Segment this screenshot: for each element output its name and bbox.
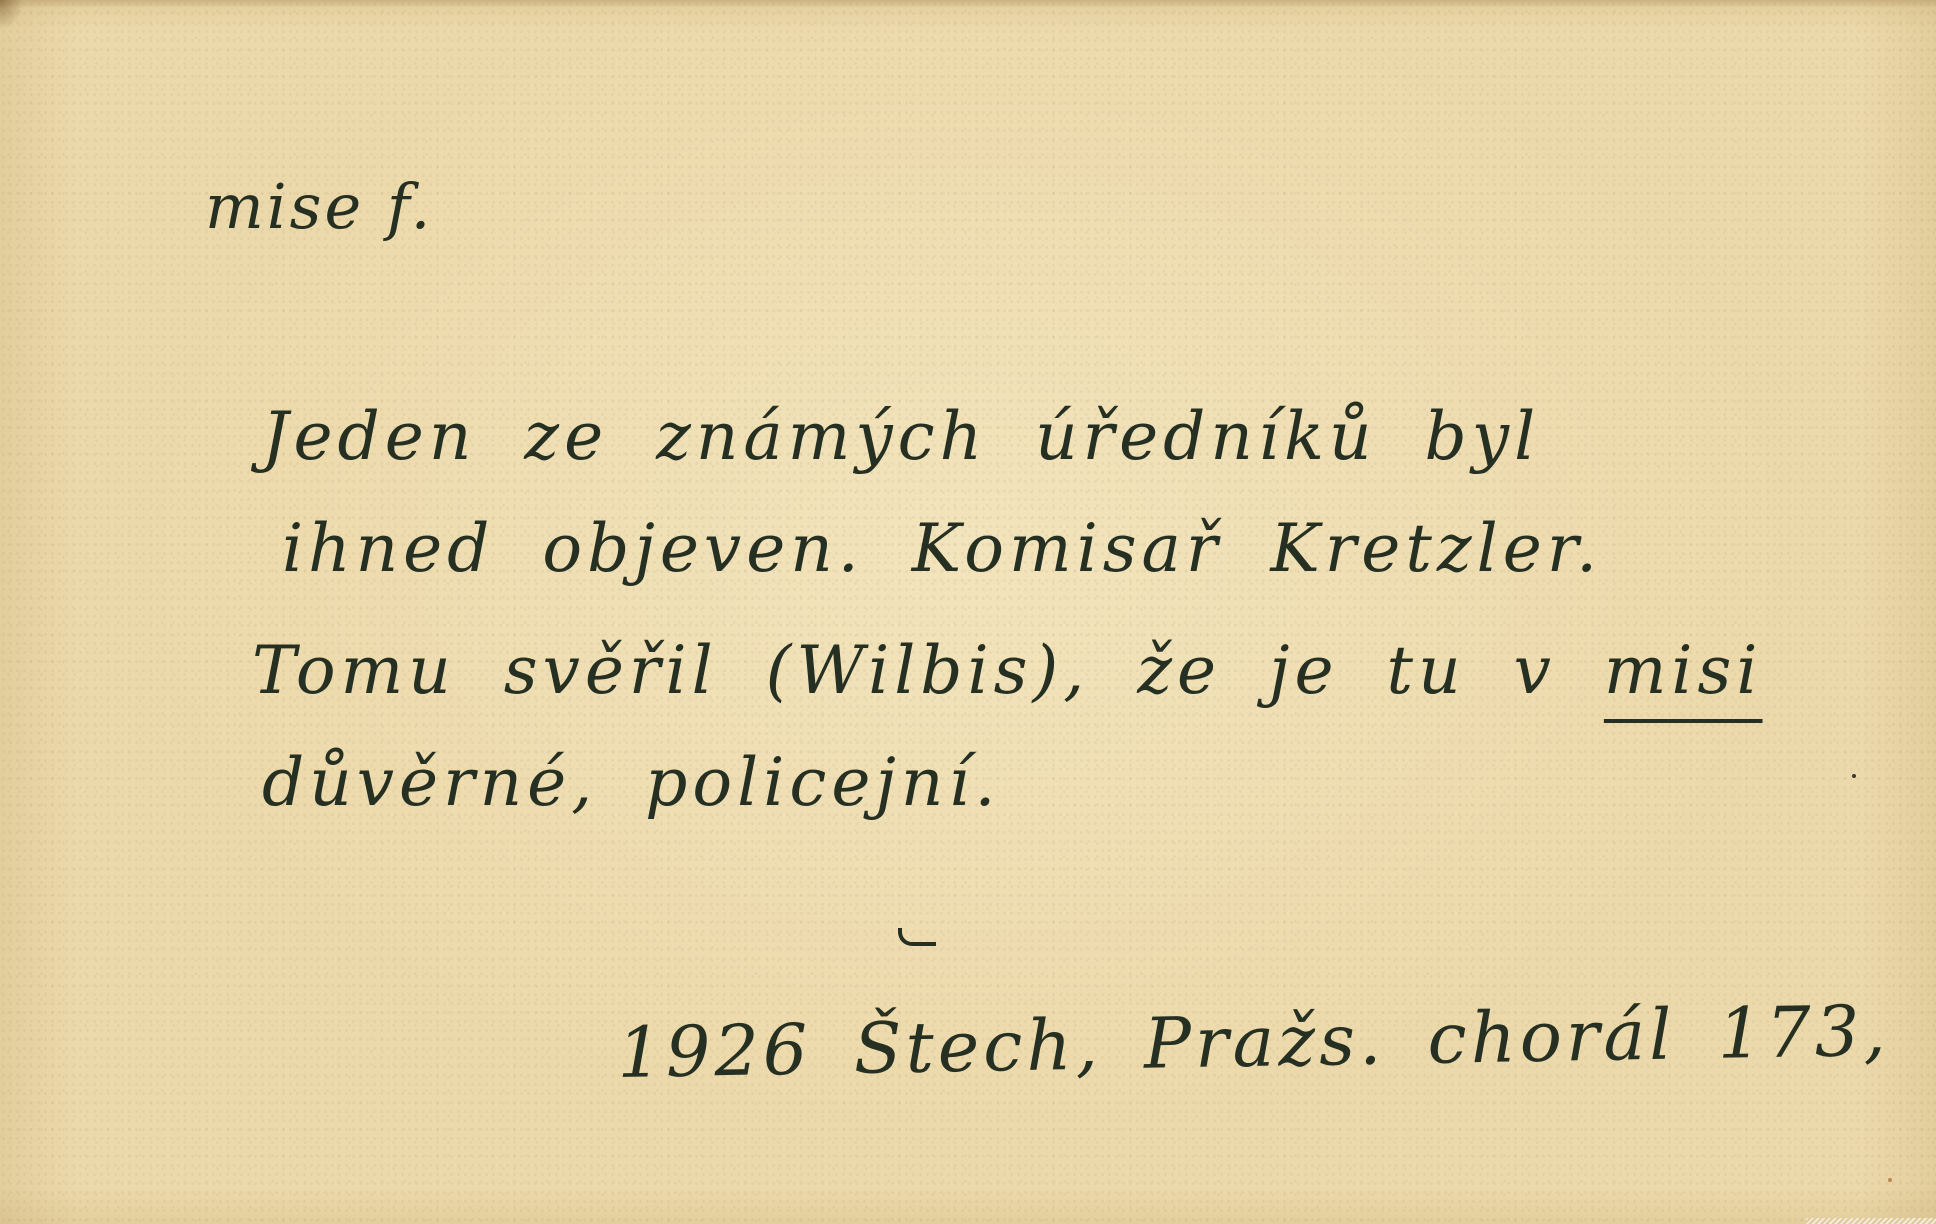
- paper-speck: [1888, 1178, 1892, 1182]
- body-line-1: Jeden ze známých úředníků byl: [262, 398, 1540, 475]
- headword: mise f.: [205, 170, 433, 243]
- body-line-4: důvěrné, policejní.: [262, 744, 1000, 821]
- body-line-3-text: Tomu svěřil (Wilbis), že je tu v: [252, 632, 1604, 709]
- stray-caron-mark: [898, 928, 936, 946]
- index-card: mise f. Jeden ze známých úředníků byl ih…: [0, 0, 1936, 1224]
- body-line-3: Tomu svěřil (Wilbis), že je tu v misi: [252, 632, 1763, 709]
- scan-edge-strip: [1806, 1218, 1936, 1224]
- card-top-edge: [0, 0, 1936, 8]
- underlined-word: misi: [1604, 632, 1763, 709]
- source-citation: 1926 Štech, Pražs. chorál 173, 13: [617, 987, 1936, 1094]
- paper-speck: [1852, 774, 1856, 778]
- corner-stain: [0, 0, 24, 30]
- body-line-2: ihned objeven. Komisař Kretzler.: [282, 510, 1602, 587]
